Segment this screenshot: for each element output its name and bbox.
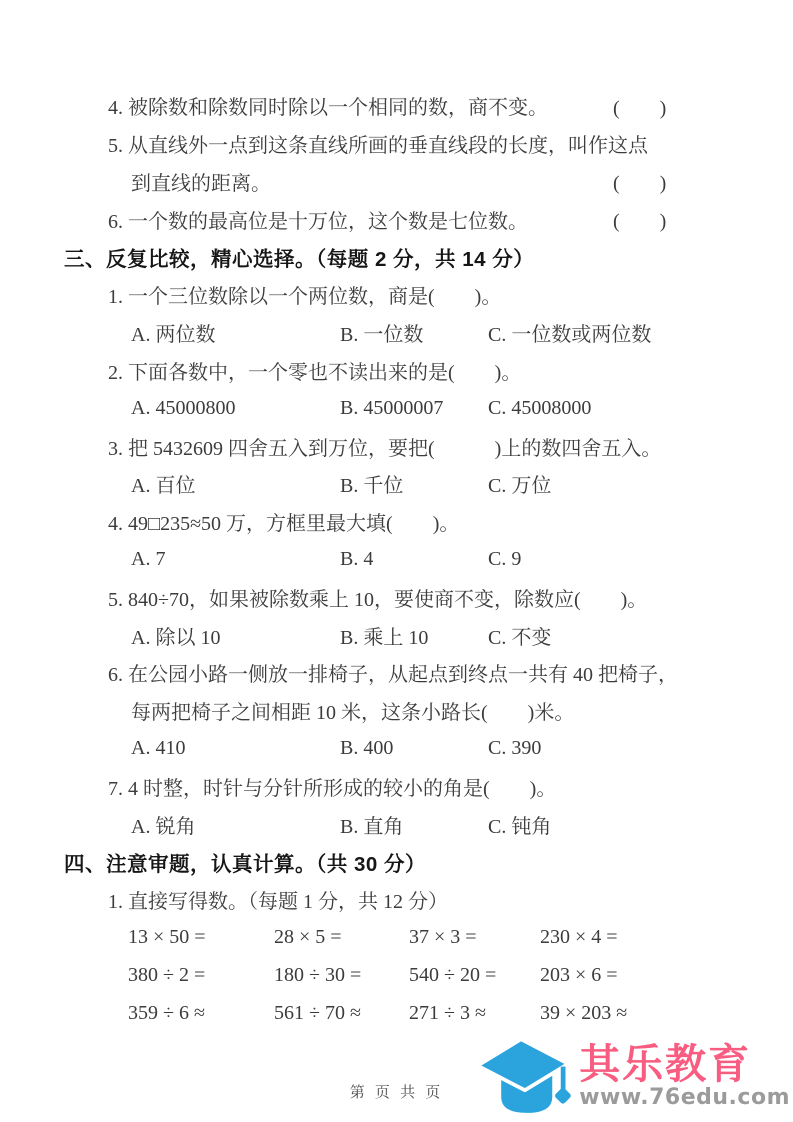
- option-c: C. 45008000: [488, 397, 591, 420]
- option-a: A. 7: [131, 548, 340, 571]
- question-text: 1. 一个三位数除以一个两位数，商是( )。: [108, 280, 501, 309]
- brand-url: www.76edu.com: [579, 1086, 790, 1110]
- mc-options-5: A. 除以 10 B. 乘上 10 C. 不变: [0, 616, 793, 654]
- brand-text-block: 其乐教育 www.76edu.com: [579, 1043, 790, 1110]
- tf-item-6: 6. 一个数的最高位是十万位，这个数是七位数。 ( ): [0, 200, 793, 238]
- document-body: 4. 被除数和除数同时除以一个相同的数，商不变。 ( ) 5. 从直线外一点到这…: [0, 87, 793, 1032]
- question-text: 6. 在公园小路一侧放一排椅子，从起点到终点一共有 40 把椅子，: [108, 658, 678, 687]
- option-c: C. 9: [488, 548, 521, 571]
- calc-row-1: 13 × 50 = 28 × 5 = 37 × 3 = 230 × 4 =: [0, 919, 793, 957]
- option-c: C. 万位: [488, 469, 551, 498]
- question-text: 4. 49□235≈50 万，方框里最大填( )。: [108, 507, 459, 536]
- mc-options-3: A. 百位 B. 千位 C. 万位: [0, 465, 793, 503]
- question-text: 每两把椅子之间相距 10 米，这条小路长( )米。: [131, 696, 574, 725]
- brand-name: 其乐教育: [579, 1043, 790, 1086]
- mc-options-1: A. 两位数 B. 一位数 C. 一位数或两位数: [0, 314, 793, 352]
- calc-expression: 540 ÷ 20 =: [409, 964, 540, 987]
- brand-logo: 其乐教育 www.76edu.com: [470, 1036, 790, 1118]
- section-4-sub1-heading: 1. 直接写得数。（每题 1 分，共 12 分）: [0, 881, 793, 919]
- option-a: A. 两位数: [131, 318, 340, 347]
- question-text: 5. 840÷70，如果被除数乘上 10，要使商不变，除数应( )。: [108, 583, 647, 612]
- option-c: C. 390: [488, 737, 541, 760]
- answer-paren: ( ): [613, 91, 666, 120]
- mc-question-6-line2: 每两把椅子之间相距 10 米，这条小路长( )米。: [0, 692, 793, 730]
- mc-question-3: 3. 把 5432609 四舍五入到万位，要把( )上的数四舍五入。: [0, 427, 793, 465]
- tf-item-4: 4. 被除数和除数同时除以一个相同的数，商不变。 ( ): [0, 87, 793, 125]
- option-b: B. 4: [340, 548, 488, 571]
- mc-options-7: A. 锐角 B. 直角 C. 钝角: [0, 805, 793, 843]
- option-b: B. 一位数: [340, 318, 488, 347]
- option-a: A. 百位: [131, 469, 340, 498]
- answer-paren: ( ): [613, 205, 666, 234]
- calc-expression: 28 × 5 =: [274, 926, 409, 949]
- question-text: 7. 4 时整，时针与分针所形成的较小的角是( )。: [108, 772, 556, 801]
- option-c: C. 钝角: [488, 810, 551, 839]
- section-4-heading: 四、注意审题，认真计算。（共 30 分）: [0, 843, 793, 881]
- calc-expression: 561 ÷ 70 ≈: [274, 1002, 409, 1025]
- answer-paren: ( ): [613, 167, 666, 196]
- question-text: 4. 被除数和除数同时除以一个相同的数，商不变。: [108, 91, 548, 120]
- tf-item-5-line2: 到直线的距离。 ( ): [0, 163, 793, 201]
- option-a: A. 410: [131, 737, 340, 760]
- option-b: B. 45000007: [340, 397, 488, 420]
- section-3-heading: 三、反复比较，精心选择。（每题 2 分，共 14 分）: [0, 238, 793, 276]
- calc-expression: 271 ÷ 3 ≈: [409, 1002, 540, 1025]
- mc-question-2: 2. 下面各数中，一个零也不读出来的是( )。: [0, 352, 793, 390]
- calc-row-3: 359 ÷ 6 ≈ 561 ÷ 70 ≈ 271 ÷ 3 ≈ 39 × 203 …: [0, 994, 793, 1032]
- option-b: B. 乘上 10: [340, 621, 488, 650]
- option-b: B. 直角: [340, 810, 488, 839]
- option-a: A. 45000800: [131, 397, 340, 420]
- mc-question-7: 7. 4 时整，时针与分针所形成的较小的角是( )。: [0, 767, 793, 805]
- calc-expression: 180 ÷ 30 =: [274, 964, 409, 987]
- option-c: C. 不变: [488, 621, 551, 650]
- mc-question-1: 1. 一个三位数除以一个两位数，商是( )。: [0, 276, 793, 314]
- option-b: B. 400: [340, 737, 488, 760]
- graduation-cap-icon: [470, 1036, 574, 1118]
- calc-expression: 39 × 203 ≈: [540, 1002, 627, 1025]
- question-text: 3. 把 5432609 四舍五入到万位，要把( )上的数四舍五入。: [108, 432, 661, 461]
- question-text: 2. 下面各数中，一个零也不读出来的是( )。: [108, 356, 521, 385]
- calc-expression: 359 ÷ 6 ≈: [128, 1002, 274, 1025]
- option-a: A. 除以 10: [131, 621, 340, 650]
- test-paper-page: 4. 被除数和除数同时除以一个相同的数，商不变。 ( ) 5. 从直线外一点到这…: [0, 0, 793, 1122]
- mc-question-6-line1: 6. 在公园小路一侧放一排椅子，从起点到终点一共有 40 把椅子，: [0, 654, 793, 692]
- question-text: 5. 从直线外一点到这条直线所画的垂直线段的长度，叫作这点: [108, 129, 648, 158]
- mc-options-2: A. 45000800 B. 45000007 C. 45008000: [0, 389, 793, 427]
- calc-expression: 37 × 3 =: [409, 926, 540, 949]
- calc-expression: 13 × 50 =: [128, 926, 274, 949]
- mc-question-4: 4. 49□235≈50 万，方框里最大填( )。: [0, 503, 793, 541]
- question-text: 6. 一个数的最高位是十万位，这个数是七位数。: [108, 205, 528, 234]
- tf-item-5-line1: 5. 从直线外一点到这条直线所画的垂直线段的长度，叫作这点: [0, 125, 793, 163]
- calc-expression: 230 × 4 =: [540, 926, 618, 949]
- option-b: B. 千位: [340, 469, 488, 498]
- mc-options-6: A. 410 B. 400 C. 390: [0, 730, 793, 768]
- option-c: C. 一位数或两位数: [488, 318, 651, 347]
- option-a: A. 锐角: [131, 810, 340, 839]
- calc-expression: 203 × 6 =: [540, 964, 618, 987]
- mc-question-5: 5. 840÷70，如果被除数乘上 10，要使商不变，除数应( )。: [0, 578, 793, 616]
- calc-row-2: 380 ÷ 2 = 180 ÷ 30 = 540 ÷ 20 = 203 × 6 …: [0, 956, 793, 994]
- question-text: 到直线的距离。: [131, 167, 271, 196]
- mc-options-4: A. 7 B. 4 C. 9: [0, 541, 793, 579]
- calc-expression: 380 ÷ 2 =: [128, 964, 274, 987]
